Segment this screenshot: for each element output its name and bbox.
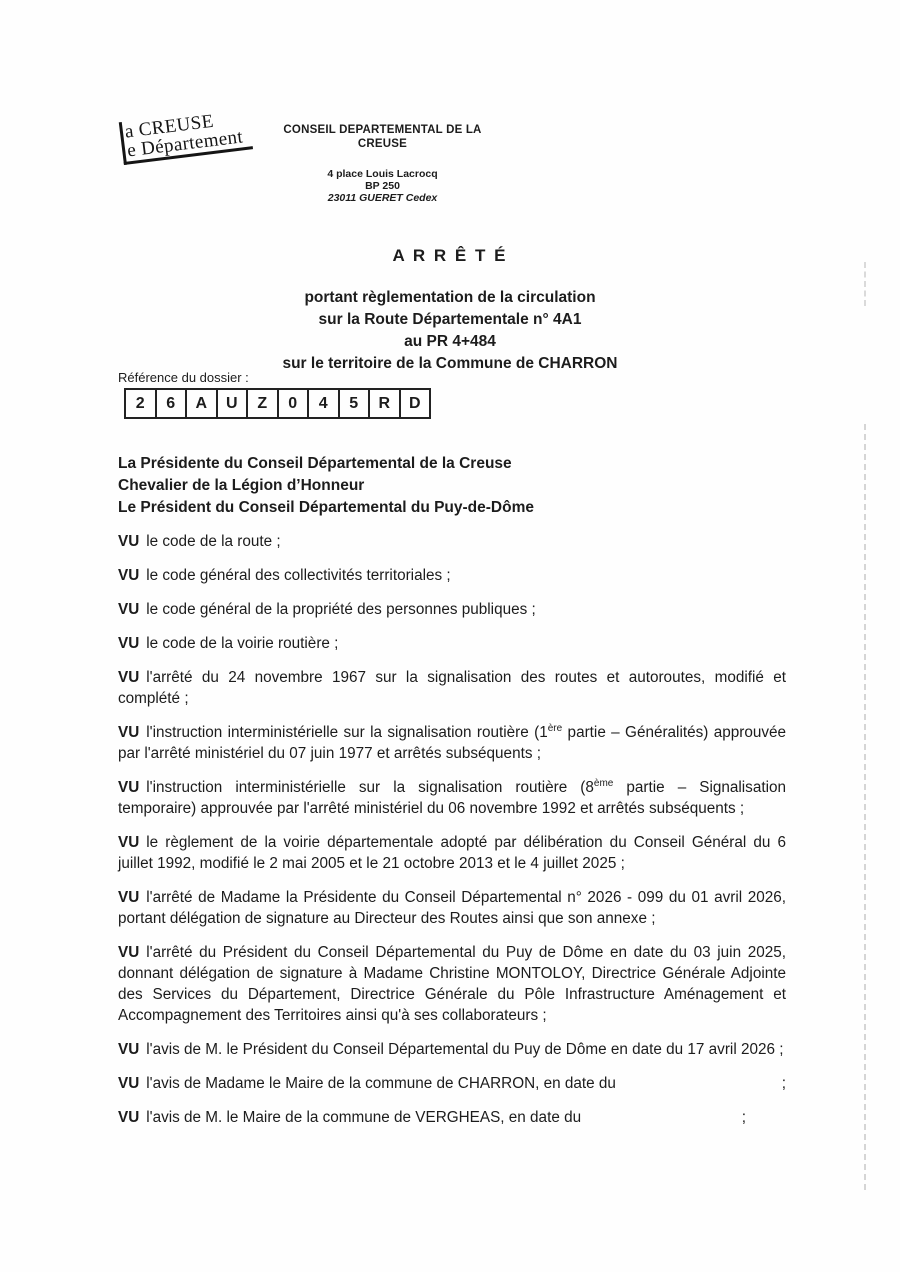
vu-clause: VUl'avis de M. le Maire de la commune de…	[118, 1107, 786, 1128]
vu-label: VU	[118, 635, 139, 652]
vu-label: VU	[118, 567, 139, 584]
vu-label: VU	[118, 1107, 139, 1128]
dossier-reference: Référence du dossier : 2 6 A U Z 0 4 5 R…	[118, 370, 431, 419]
document-title: A R R Ê T É	[0, 246, 900, 266]
vu-clause: VUle code général de la propriété des pe…	[118, 599, 786, 620]
clause-text: l'arrêté du Président du Conseil Départe…	[118, 944, 786, 1024]
clause-text: l'avis de M. le Président du Conseil Dép…	[146, 1041, 783, 1058]
address-city: 23011 GUERET Cedex	[235, 192, 530, 204]
authority-line: Le Président du Conseil Départemental du…	[118, 497, 786, 519]
clause-text: le code de la route ;	[146, 533, 280, 550]
reference-cell: 5	[338, 388, 371, 419]
org-name-line2: CREUSE	[235, 138, 530, 152]
scanned-decree-page: a CREUSE e Département CONSEIL DEPARTEME…	[0, 0, 900, 1272]
reference-cell: 4	[307, 388, 340, 419]
address-street: 4 place Louis Lacrocq	[235, 168, 530, 180]
vu-label: VU	[118, 779, 139, 796]
reference-cell: R	[368, 388, 401, 419]
org-name-line1: CONSEIL DEPARTEMENTAL DE LA	[235, 124, 530, 138]
reference-cell: D	[399, 388, 432, 419]
clause-text: le code général des collectivités territ…	[146, 567, 450, 584]
subtitle-line: sur la Route Départementale n° 4A1	[0, 309, 900, 331]
clause-text: l'arrêté de Madame la Présidente du Cons…	[118, 889, 786, 927]
vu-clause: VUle règlement de la voirie départementa…	[118, 832, 786, 874]
letterhead: CONSEIL DEPARTEMENTAL DE LA CREUSE 4 pla…	[235, 124, 530, 204]
scan-edge-artifact	[864, 424, 866, 1190]
vu-clause: VUl'instruction interministérielle sur l…	[118, 722, 786, 764]
clause-text: l'avis de M. le Maire de la commune de V…	[146, 1107, 581, 1128]
authority-line: Chevalier de la Légion d’Honneur	[118, 475, 786, 497]
vu-clause: VUl'arrêté du 24 novembre 1967 sur la si…	[118, 667, 786, 709]
creuse-department-logo: a CREUSE e Département	[119, 107, 253, 165]
dossier-reference-label: Référence du dossier :	[118, 370, 431, 385]
vu-clause: VUl'arrêté du Président du Conseil Dépar…	[118, 942, 786, 1026]
subtitle-line: au PR 4+484	[0, 331, 900, 353]
document-subtitle: portant règlementation de la circulation…	[0, 287, 900, 375]
vu-clause: VUle code général des collectivités terr…	[118, 565, 786, 586]
reference-cell: Z	[246, 388, 279, 419]
signing-authorities: La Présidente du Conseil Départemental d…	[118, 453, 786, 519]
vu-clause: VUle code de la route ;	[118, 531, 786, 552]
reference-cell: A	[185, 388, 218, 419]
vu-label: VU	[118, 1073, 139, 1094]
authority-line: La Présidente du Conseil Départemental d…	[118, 453, 786, 475]
clause-text: l'instruction interministérielle sur la …	[146, 724, 548, 741]
vu-label: VU	[118, 601, 139, 618]
dossier-reference-grid: 2 6 A U Z 0 4 5 R D	[124, 388, 431, 419]
clause-text: l'instruction interministérielle sur la …	[146, 779, 594, 796]
reference-cell: 0	[277, 388, 310, 419]
clause-text: le code de la voirie routière ;	[146, 635, 338, 652]
vu-label: VU	[118, 724, 139, 741]
ordinal-superscript: ère	[548, 723, 562, 734]
address-bp: BP 250	[235, 180, 530, 192]
vu-label: VU	[118, 1041, 139, 1058]
vu-label: VU	[118, 889, 139, 906]
vu-clause: VUl'arrêté de Madame la Présidente du Co…	[118, 887, 786, 929]
vu-label: VU	[118, 834, 139, 851]
clause-text: le code général de la propriété des pers…	[146, 601, 536, 618]
clause-text: le règlement de la voirie départementale…	[118, 834, 786, 872]
subtitle-line: portant règlementation de la circulation	[0, 287, 900, 309]
vu-clause: VUl'instruction interministérielle sur l…	[118, 777, 786, 819]
pending-date-semicolon: ;	[742, 1107, 746, 1128]
clause-text: l'avis de Madame le Maire de la commune …	[146, 1073, 616, 1094]
pending-date-semicolon: ;	[782, 1073, 786, 1094]
clause-text: l'arrêté du 24 novembre 1967 sur la sign…	[118, 669, 786, 707]
vu-clause: VUl'avis de Madame le Maire de la commun…	[118, 1073, 786, 1094]
vu-label: VU	[118, 944, 139, 961]
reference-cell: U	[216, 388, 249, 419]
reference-cell: 2	[124, 388, 157, 419]
vu-label: VU	[118, 533, 139, 550]
vu-clauses: VUle code de la route ; VUle code généra…	[118, 531, 786, 1141]
vu-clause: VUle code de la voirie routière ;	[118, 633, 786, 654]
vu-clause: VUl'avis de M. le Président du Conseil D…	[118, 1039, 786, 1060]
ordinal-superscript: ème	[594, 778, 613, 789]
vu-label: VU	[118, 669, 139, 686]
reference-cell: 6	[155, 388, 188, 419]
